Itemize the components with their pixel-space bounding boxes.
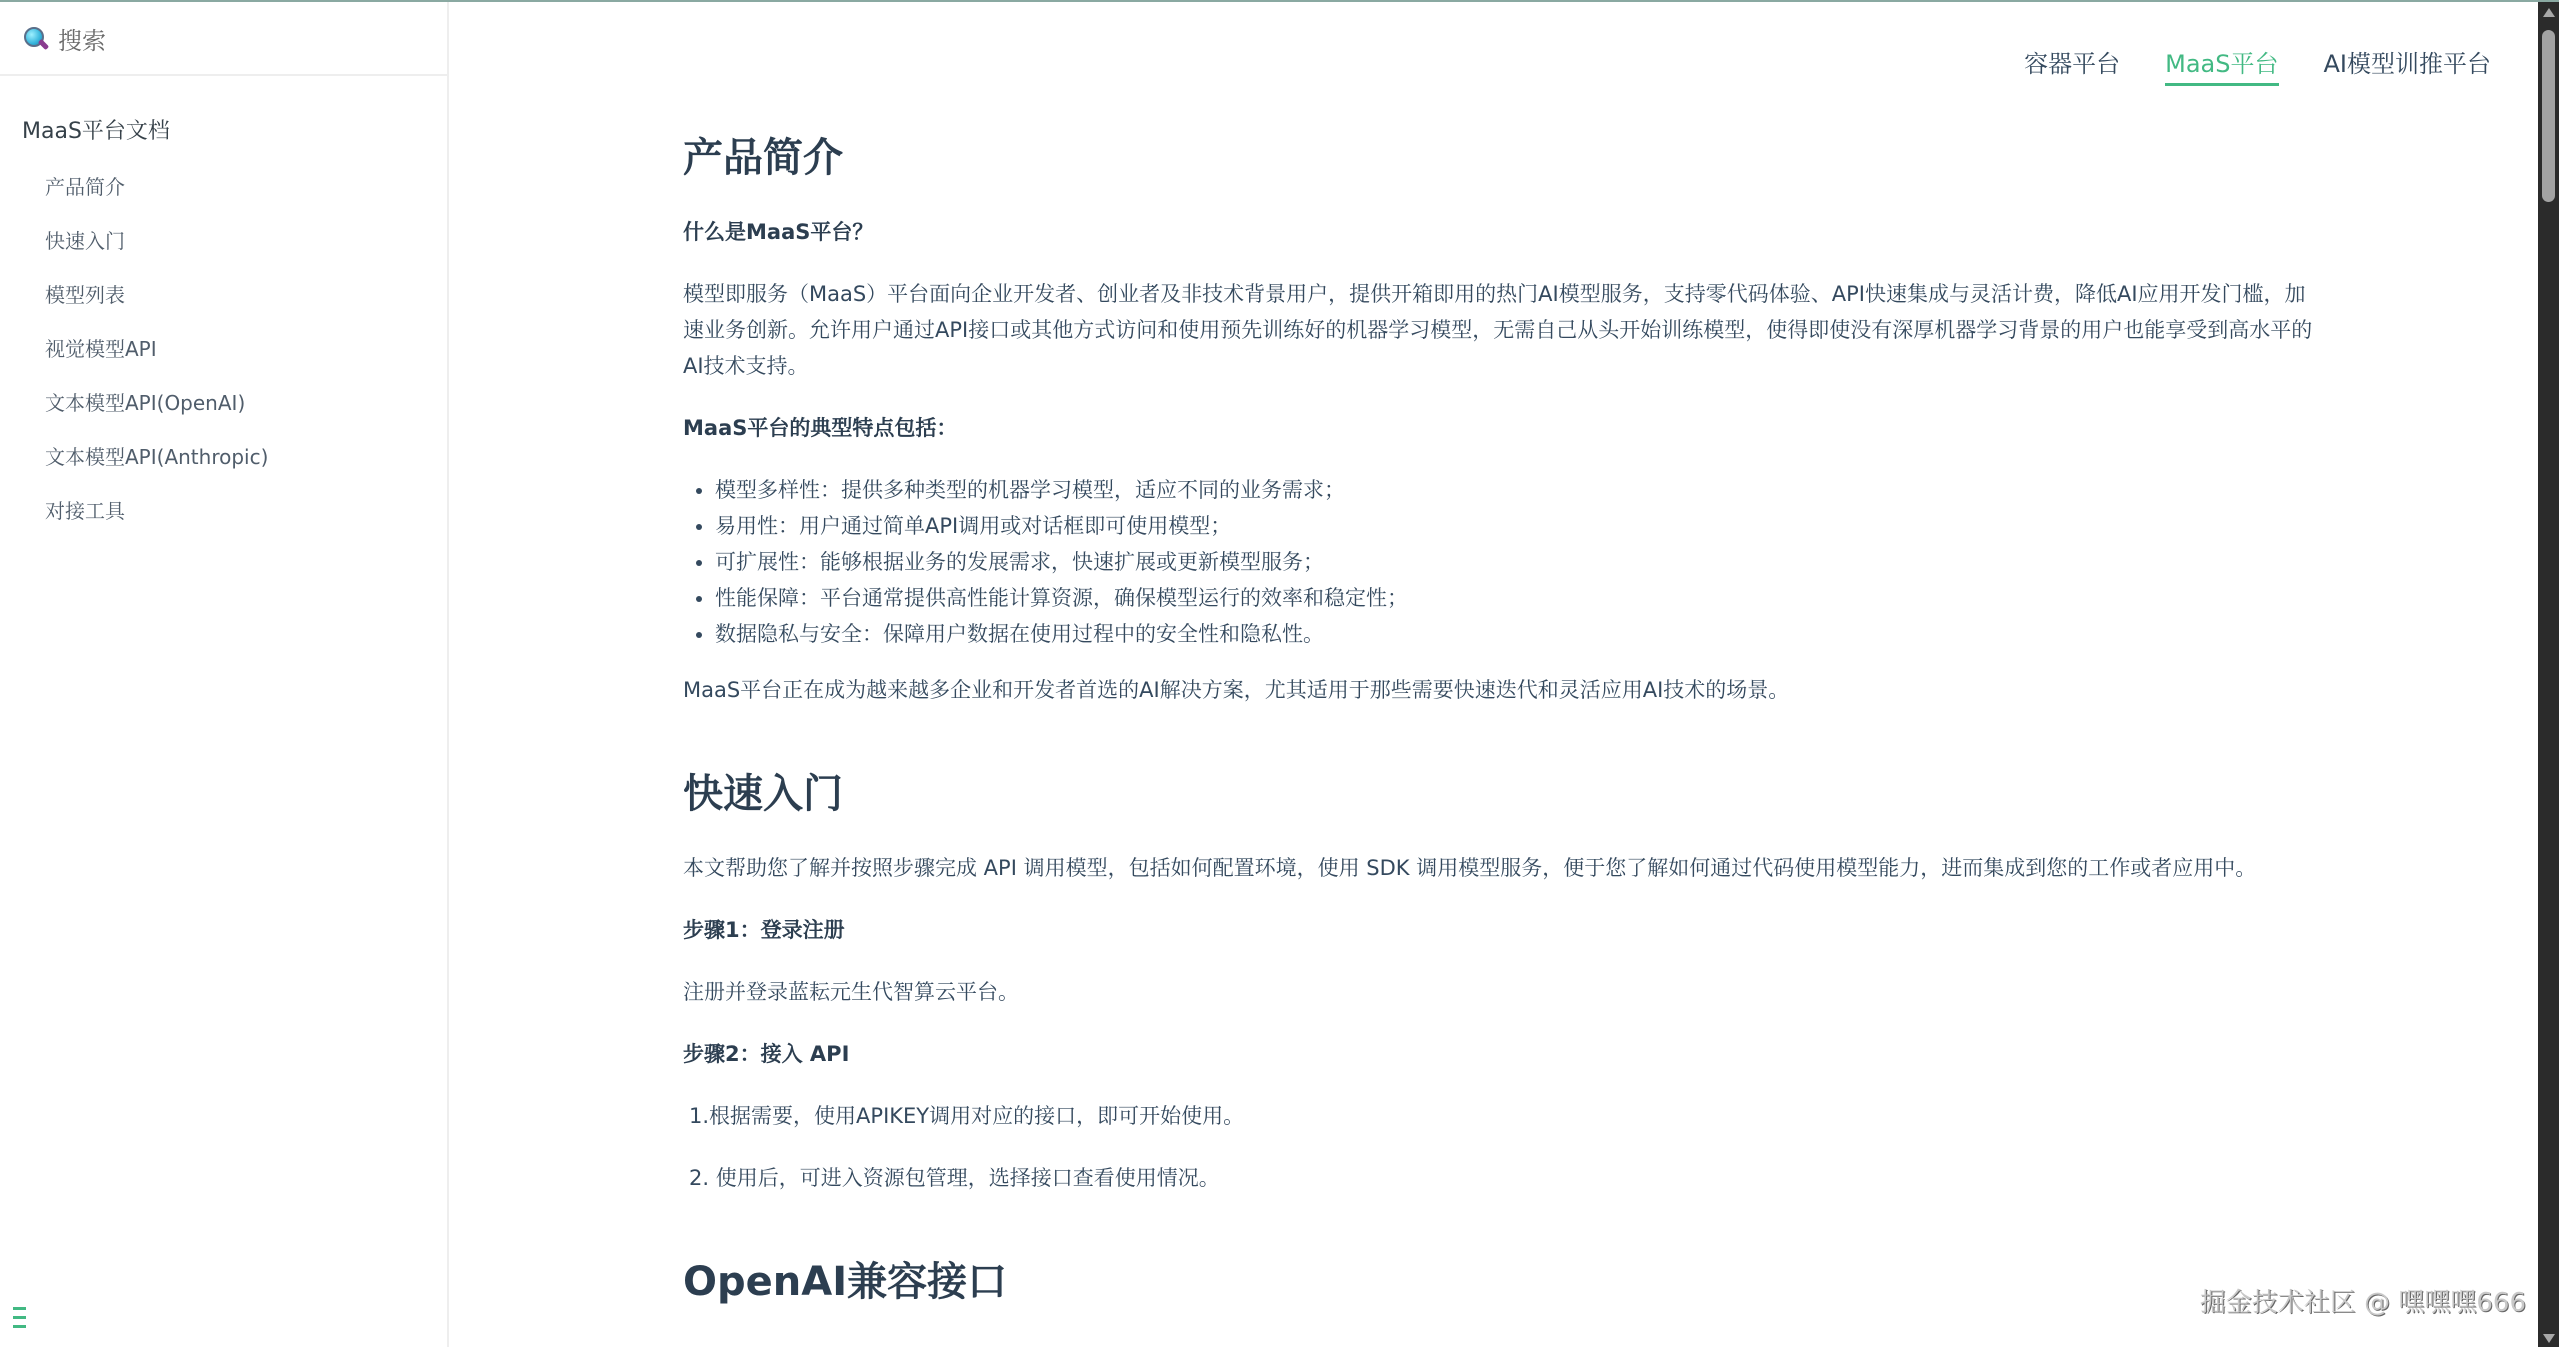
scroll-up-arrow-icon[interactable]	[2543, 8, 2555, 17]
feature-item: 性能保障：平台通常提供高性能计算资源，确保模型运行的效率和稳定性；	[715, 580, 2318, 616]
step2-item-2: 2. 使用后，可进入资源包管理，选择接口查看使用情况。	[683, 1160, 2318, 1196]
nav-maas-platform[interactable]: MaaS平台	[2165, 44, 2278, 86]
question-what-is-maas: 什么是MaaS平台？	[683, 214, 2318, 250]
intro-paragraph: 模型即服务（MaaS）平台面向企业开发者、创业者及非技术背景用户，提供开箱即用的…	[683, 276, 2318, 384]
features-list: 模型多样性：提供多种类型的机器学习模型，适应不同的业务需求； 易用性：用户通过简…	[683, 472, 2318, 652]
heading-quick-start: 快速入门	[683, 768, 2318, 820]
feature-item: 可扩展性：能够根据业务的发展需求，快速扩展或更新模型服务；	[715, 544, 2318, 580]
sidebar-title[interactable]: MaaS平台文档	[22, 112, 447, 152]
search-icon	[22, 25, 48, 51]
menu-toggle-icon[interactable]	[13, 1307, 26, 1334]
sidebar-item-quick-start[interactable]: 快速入门	[0, 214, 447, 268]
sidebar-item-integration-tools[interactable]: 对接工具	[0, 484, 447, 538]
sidebar-item-text-api-anthropic[interactable]: 文本模型API(Anthropic)	[0, 430, 447, 484]
top-nav: 容器平台 MaaS平台 AI模型训推平台	[2024, 44, 2491, 86]
step1-text: 注册并登录蓝耘元生代智算云平台。	[683, 974, 2318, 1010]
sidebar: 搜索 MaaS平台文档 产品简介 快速入门 模型列表 视觉模型API 文本模型A…	[0, 2, 449, 1347]
sidebar-item-model-list[interactable]: 模型列表	[0, 268, 447, 322]
main-content: 产品简介 什么是MaaS平台？ 模型即服务（MaaS）平台面向企业开发者、创业者…	[683, 132, 2318, 1338]
step1-title: 步骤1：登录注册	[683, 912, 2318, 948]
heading-product-intro: 产品简介	[683, 132, 2318, 184]
sidebar-item-vision-api[interactable]: 视觉模型API	[0, 322, 447, 376]
heading-openai-compatible: OpenAI兼容接口	[683, 1256, 2318, 1308]
step2-item-1: 1.根据需要，使用APIKEY调用对应的接口，即可开始使用。	[683, 1098, 2318, 1134]
nav-ai-training-platform[interactable]: AI模型训推平台	[2324, 44, 2492, 86]
step2-title: 步骤2：接入 API	[683, 1036, 2318, 1072]
quick-start-intro: 本文帮助您了解并按照步骤完成 API 调用模型，包括如何配置环境，使用 SDK …	[683, 850, 2318, 886]
sidebar-nav: 产品简介 快速入门 模型列表 视觉模型API 文本模型API(OpenAI) 文…	[0, 160, 447, 538]
features-title: MaaS平台的典型特点包括：	[683, 410, 2318, 446]
search-input[interactable]: 搜索	[58, 21, 106, 56]
vertical-scrollbar[interactable]	[2538, 2, 2559, 1347]
nav-container-platform[interactable]: 容器平台	[2024, 44, 2120, 86]
conclusion-paragraph: MaaS平台正在成为越来越多企业和开发者首选的AI解决方案，尤其适用于那些需要快…	[683, 672, 2318, 708]
feature-item: 模型多样性：提供多种类型的机器学习模型，适应不同的业务需求；	[715, 472, 2318, 508]
sidebar-item-text-api-openai[interactable]: 文本模型API(OpenAI)	[0, 376, 447, 430]
search-box[interactable]: 搜索	[0, 2, 447, 76]
sidebar-item-product-intro[interactable]: 产品简介	[0, 160, 447, 214]
feature-item: 易用性：用户通过简单API调用或对话框即可使用模型；	[715, 508, 2318, 544]
scrollbar-thumb[interactable]	[2542, 30, 2555, 202]
watermark: 掘金技术社区 @ 嘿嘿嘿666	[2200, 1282, 2526, 1319]
feature-item: 数据隐私与安全：保障用户数据在使用过程中的安全性和隐私性。	[715, 616, 2318, 652]
scroll-down-arrow-icon[interactable]	[2543, 1334, 2555, 1343]
